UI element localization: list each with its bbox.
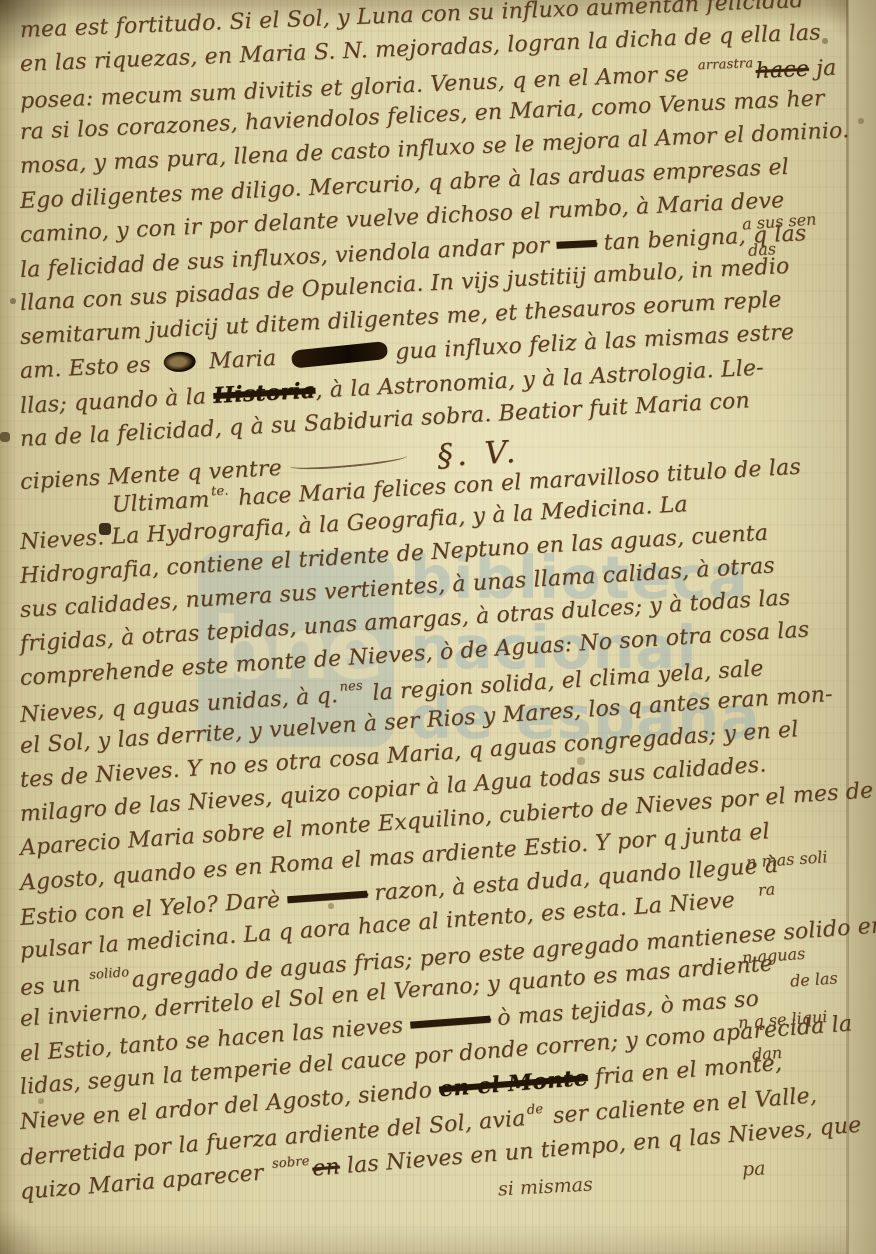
strikethrough-text: en: [311, 1155, 341, 1182]
ink-blot: [163, 351, 196, 373]
strikethrough-text: ————: [286, 880, 368, 912]
margin-note: dan: [751, 1043, 782, 1064]
handwritten-text: Ultimam: [111, 488, 210, 518]
handwritten-text: es un: [19, 971, 88, 1001]
strikethrough-text: ————: [409, 1006, 491, 1038]
interlinear-insertion: te.: [211, 484, 229, 500]
strikethrough-text: hace: [755, 57, 809, 84]
handwritten-text: am. Esto es: [19, 352, 158, 384]
interlinear-insertion: solido: [89, 965, 130, 983]
margin-note: das: [747, 239, 776, 260]
margin-note: ra: [757, 879, 775, 899]
interlinear-insertion: arrastra: [698, 56, 754, 73]
paper-speckles: [0, 0, 2, 2]
interlinear-insertion: nes: [339, 678, 363, 694]
handwritten-text: Maria: [201, 346, 284, 375]
strikethrough-text: ——: [556, 230, 597, 258]
handwritten-text: ja: [808, 56, 837, 82]
ink-blot: [291, 341, 388, 369]
manuscript-page: bne biblioteca nacional de españa mea es…: [0, 0, 876, 1254]
interlinear-insertion: de: [526, 1102, 544, 1118]
handwritten-text: llas; quando à la: [19, 384, 214, 419]
manuscript-lines: mea est fortitudo. Si el Sol, y Luna con…: [0, 0, 876, 1254]
catchword: pa: [741, 1157, 766, 1180]
interlinear-insertion: sobre: [271, 1154, 310, 1172]
strikethrough-text: Historia: [213, 378, 316, 409]
margin-note: de las: [789, 968, 838, 990]
flourish-line: [289, 450, 408, 472]
strikethrough-text: en el Monte: [438, 1065, 589, 1102]
